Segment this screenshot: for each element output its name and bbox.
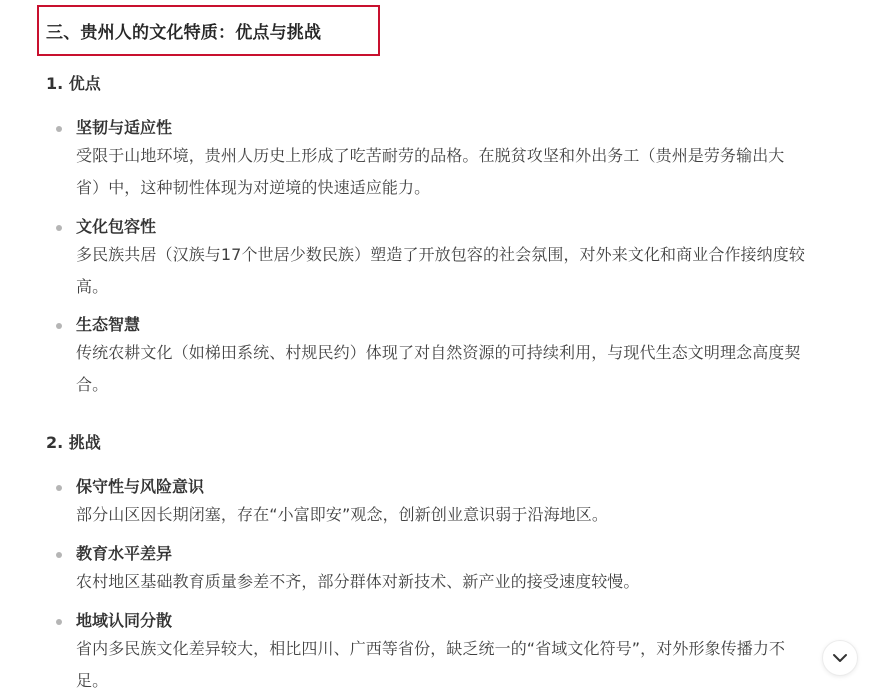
desc-line: 传统农耕文化（如梯田系统、村规民约）体现了对自然资源的可持续利用，与现代生态文明… [76, 337, 876, 369]
desc-line: 农村地区基础教育质量参差不齐，部分群体对新技术、新产业的接受速度较慢。 [76, 566, 876, 598]
desc-line: 部分山区因长期闭塞，存在“小富即安”观念，创新创业意识弱于沿海地区。 [76, 499, 876, 531]
item-description: 传统农耕文化（如梯田系统、村规民约）体现了对自然资源的可持续利用，与现代生态文明… [76, 337, 876, 401]
item-title: 地域认同分散 [76, 610, 172, 632]
section-title: 三、贵州人的文化特质：优点与挑战 [46, 18, 321, 43]
bullet-icon [56, 323, 62, 329]
item-description: 多民族共居（汉族与17个世居少数民族）塑造了开放包容的社会氛围，对外来文化和商业… [76, 239, 876, 303]
bullet-icon [56, 126, 62, 132]
desc-line: 高。 [76, 271, 876, 303]
desc-line: 省内多民族文化差异较大，相比四川、广西等省份，缺乏统一的“省域文化符号”，对外形… [76, 633, 876, 665]
item-description: 部分山区因长期闭塞，存在“小富即安”观念，创新创业意识弱于沿海地区。 [76, 499, 876, 531]
item-title: 生态智慧 [76, 314, 140, 336]
bullet-icon [56, 485, 62, 491]
chevron-down-icon [832, 653, 848, 663]
challenges-heading: 2. 挑战 [46, 430, 101, 453]
desc-line: 多民族共居（汉族与17个世居少数民族）塑造了开放包容的社会氛围，对外来文化和商业… [76, 239, 876, 271]
item-title: 保守性与风险意识 [76, 476, 204, 498]
item-title: 文化包容性 [76, 216, 156, 238]
item-description: 农村地区基础教育质量参差不齐，部分群体对新技术、新产业的接受速度较慢。 [76, 566, 876, 598]
item-title: 坚韧与适应性 [76, 117, 172, 139]
desc-line: 合。 [76, 369, 876, 401]
item-title: 教育水平差异 [76, 543, 172, 565]
document-page: 三、贵州人的文化特质：优点与挑战 1. 优点 坚韧与适应性 受限于山地环境，贵州… [0, 0, 879, 695]
bullet-icon [56, 619, 62, 625]
desc-line: 足。 [76, 665, 876, 695]
advantages-heading: 1. 优点 [46, 71, 101, 94]
item-description: 省内多民族文化差异较大，相比四川、广西等省份，缺乏统一的“省域文化符号”，对外形… [76, 633, 876, 695]
item-description: 受限于山地环境，贵州人历史上形成了吃苦耐劳的品格。在脱贫攻坚和外出务工（贵州是劳… [76, 140, 876, 204]
bullet-icon [56, 225, 62, 231]
desc-line: 受限于山地环境，贵州人历史上形成了吃苦耐劳的品格。在脱贫攻坚和外出务工（贵州是劳… [76, 140, 876, 172]
scroll-down-button[interactable] [822, 640, 858, 676]
desc-line: 省）中，这种韧性体现为对逆境的快速适应能力。 [76, 172, 876, 204]
bullet-icon [56, 552, 62, 558]
